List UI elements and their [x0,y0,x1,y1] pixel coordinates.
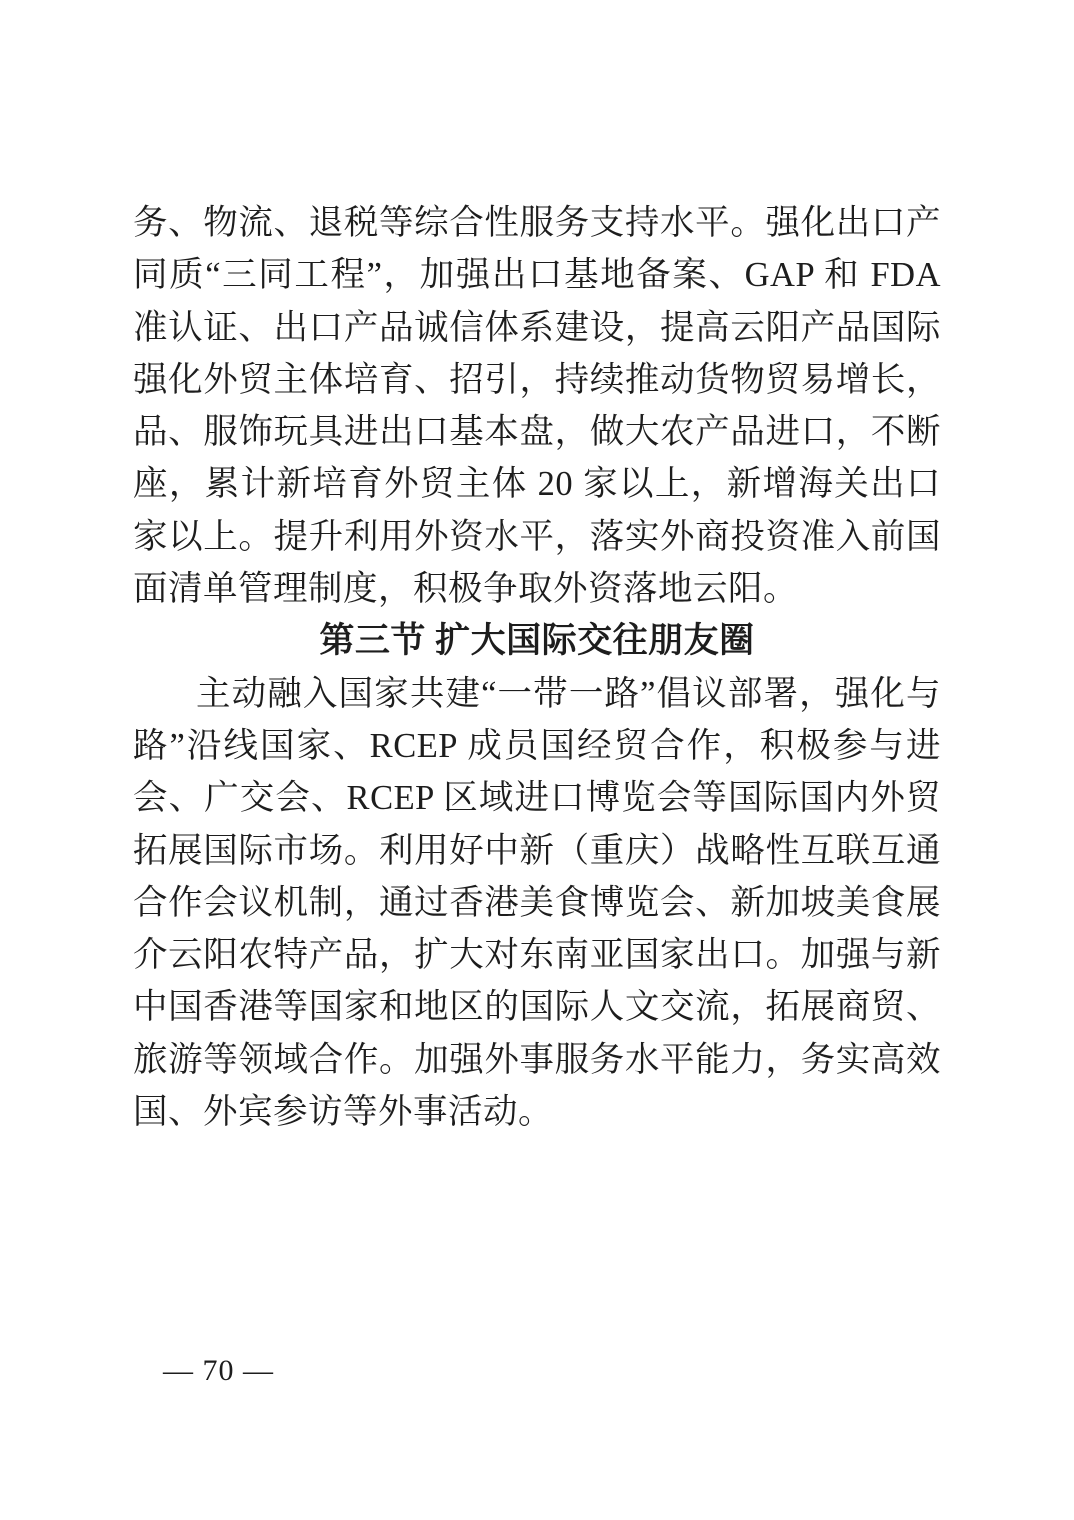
para2-line: 国、外宾参访等外事活动。 [133,1086,941,1138]
para1-line: 面清单管理制度，积极争取外资落地云阳。 [133,563,941,615]
para2-line: 会、广交会、RCEP 区域进口博览会等国际国内外贸展会，积极 [133,772,941,824]
para2-line: 路”沿线国家、RCEP 成员国经贸合作，积极参与进博会、西洽 [133,720,941,772]
para2-line: 中国香港等国家和地区的国际人文交流，拓展商贸、教育、文化 [133,981,941,1033]
page-number: — 70 — [163,1351,274,1391]
para2-line: 拓展国际市场。利用好中新（重庆）战略性互联互通合作、渝港 [133,825,941,877]
para1-line: 强化外贸主体培育、招引，持续推动货物贸易增长，稳住电子产 [133,354,941,406]
para1-line: 务、物流、退税等综合性服务支持水平。强化出口产品同线同标 [133,197,941,249]
para1-line: 家以上。提升利用外资水平，落实外商投资准入前国民待遇加负 [133,511,941,563]
para1-line: 品、服饰玩具进出口基本盘，做大农产品进口，不断夯实外贸底 [133,406,941,458]
para2-line: 合作会议机制，通过香港美食博览会、新加坡美食展等平台，推 [133,877,941,929]
para2-line: 旅游等领域合作。加强外事服务水平能力，务实高效开展公务出 [133,1034,941,1086]
para2-line: 介云阳农特产品，扩大对东南亚国家出口。加强与新加坡、秘鲁、 [133,929,941,981]
para1-line: 准认证、出口产品诚信体系建设，提高云阳产品国际市场占有率。 [133,302,941,354]
section-heading: 第三节 扩大国际交往朋友圈 [133,615,941,667]
document-page: 务、物流、退税等综合性服务支持水平。强化出口产品同线同标 同质“三同工程”，加强… [0,0,1074,1520]
text-block: 务、物流、退税等综合性服务支持水平。强化出口产品同线同标 同质“三同工程”，加强… [133,197,941,1138]
para2-line: 主动融入国家共建“一带一路”倡议部署，强化与“一带一 [133,668,941,720]
para1-line: 座，累计新培育外贸主体 20 家以上，新增海关出口备案基地 10 [133,458,941,510]
para1-line: 同质“三同工程”，加强出口基地备案、GAP 和 FDA 等国际标 [133,249,941,301]
